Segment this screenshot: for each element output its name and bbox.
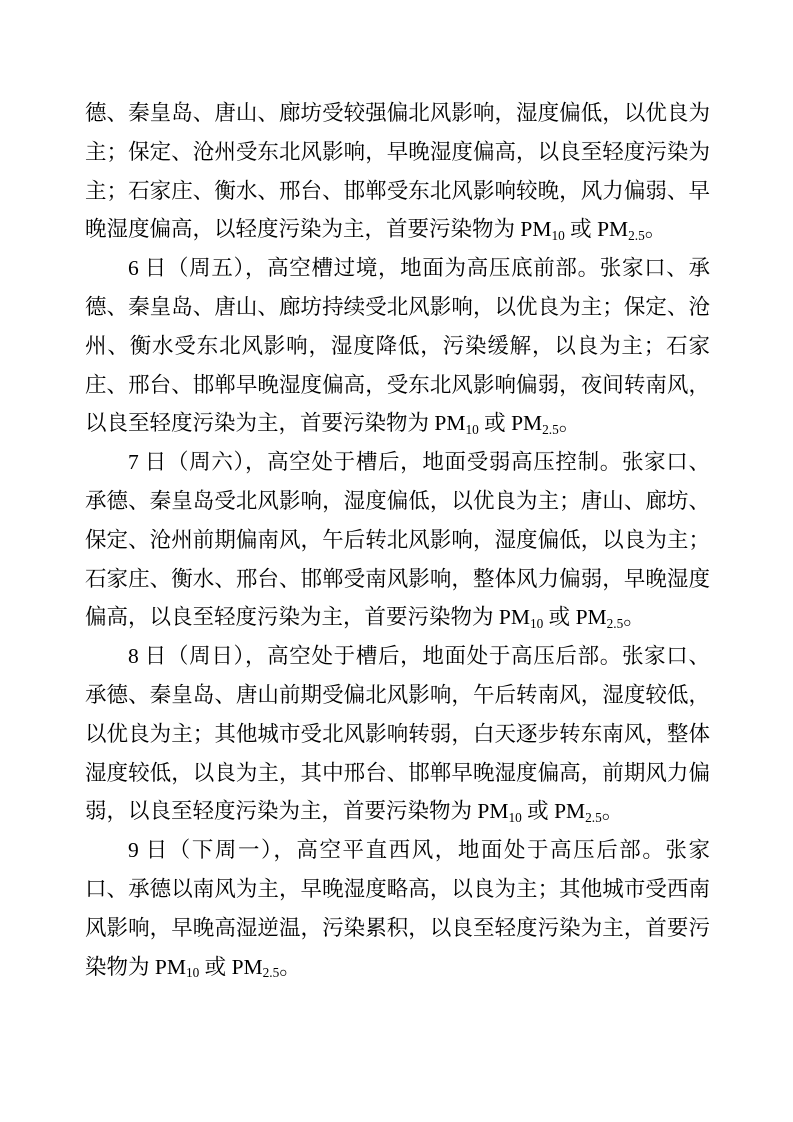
latin-text: PM: [434, 411, 465, 435]
latin-text: PM: [597, 217, 628, 241]
text-segment: 。: [645, 217, 667, 241]
paragraph: 8 日（周日），高空处于槽后，地面处于高压后部。张家口、承德、秦皇岛、唐山前期受…: [85, 637, 710, 831]
text-segment: 或: [479, 411, 511, 435]
text-segment: 7 日（周六），高空处于槽后，地面受弱高压控制。张家口、承德、秦皇岛受北风影响，…: [85, 450, 710, 629]
pm-subscript: 2.5: [263, 965, 280, 980]
text-segment: 或: [522, 799, 554, 823]
text-segment: 。: [559, 411, 581, 435]
latin-text: PM: [499, 605, 530, 629]
pm-subscript: 10: [508, 810, 521, 825]
text-segment: 。: [602, 799, 624, 823]
text-segment: 。: [279, 955, 301, 979]
latin-text: PM: [232, 955, 263, 979]
text-segment: 8 日（周日），高空处于槽后，地面处于高压后部。张家口、承德、秦皇岛、唐山前期受…: [85, 644, 710, 823]
text-segment: 或: [543, 605, 575, 629]
text-segment: 。: [623, 605, 645, 629]
latin-text: PM: [155, 955, 186, 979]
text-segment: 或: [199, 955, 231, 979]
pm-subscript: 10: [186, 965, 199, 980]
pm-subscript: 10: [551, 228, 564, 243]
latin-text: PM: [477, 799, 508, 823]
pm-subscript: 10: [530, 616, 543, 631]
pm-subscript: 2.5: [542, 422, 559, 437]
paragraph: 德、秦皇岛、唐山、廊坊受较强偏北风影响，湿度偏低，以优良为主；保定、沧州受东北风…: [85, 94, 710, 249]
latin-text: PM: [520, 217, 551, 241]
pm-subscript: 10: [465, 422, 478, 437]
pm-subscript: 2.5: [607, 616, 624, 631]
pm-subscript: 2.5: [628, 228, 645, 243]
document-page: 德、秦皇岛、唐山、廊坊受较强偏北风影响，湿度偏低，以优良为主；保定、沧州受东北风…: [0, 0, 793, 1122]
latin-text: PM: [554, 799, 585, 823]
latin-text: PM: [576, 605, 607, 629]
paragraph: 7 日（周六），高空处于槽后，地面受弱高压控制。张家口、承德、秦皇岛受北风影响，…: [85, 443, 710, 637]
text-segment: 或: [565, 217, 597, 241]
pm-subscript: 2.5: [585, 810, 602, 825]
paragraph: 9 日（下周一），高空平直西风，地面处于高压后部。张家口、承德以南风为主，早晚湿…: [85, 831, 710, 986]
text-segment: 6 日（周五），高空槽过境，地面为高压底前部。张家口、承德、秦皇岛、唐山、廊坊持…: [85, 256, 710, 435]
latin-text: PM: [511, 411, 542, 435]
paragraph: 6 日（周五），高空槽过境，地面为高压底前部。张家口、承德、秦皇岛、唐山、廊坊持…: [85, 249, 710, 443]
document-body: 德、秦皇岛、唐山、廊坊受较强偏北风影响，湿度偏低，以优良为主；保定、沧州受东北风…: [85, 94, 710, 986]
